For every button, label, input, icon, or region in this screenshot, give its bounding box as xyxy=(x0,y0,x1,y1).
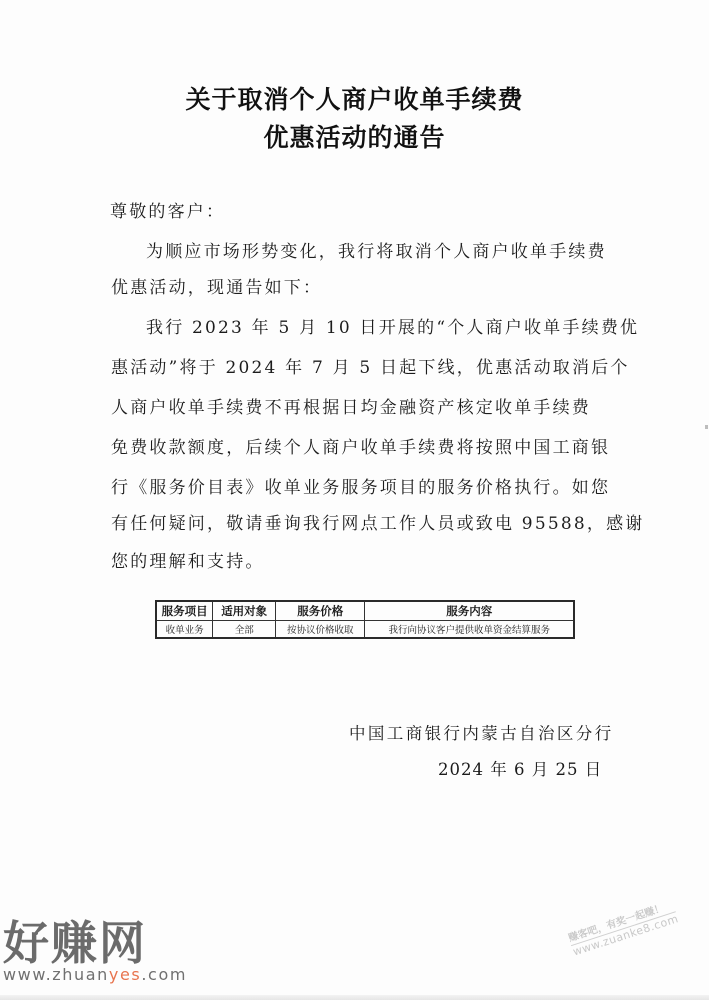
scan-mark xyxy=(705,425,708,429)
watermark-zuanke8: 赚客吧，有奖一起赚！ www.zuanke8.com xyxy=(566,896,680,959)
service-price-table: 服务项目 适用对象 服务价格 服务内容 收单业务 全部 按协议价格收取 我行向协… xyxy=(155,600,575,639)
issue-date: 2024 年 6 月 25 日 xyxy=(438,756,602,780)
watermark-logo: 好赚网 xyxy=(3,918,187,968)
paragraph-2-line-1: 我行 2023 年 5 月 10 日开展的“个人商户收单手续费优 xyxy=(146,313,639,338)
document-title-line-1: 关于取消个人商户收单手续费 xyxy=(0,80,709,116)
document-title-line-2: 优惠活动的通告 xyxy=(0,118,709,154)
watermark-url-suffix: .com xyxy=(141,965,187,984)
table-header-service-content: 服务内容 xyxy=(365,601,574,621)
document-page: 关于取消个人商户收单手续费 优惠活动的通告 尊敬的客户： 为顺应市场形势变化，我… xyxy=(0,0,709,1000)
paragraph-2-line-7: 您的理解和支持。 xyxy=(111,547,265,572)
table-cell: 按协议价格收取 xyxy=(276,621,365,639)
watermark-url: www.zhuanyes.com xyxy=(3,965,187,984)
watermark-url-accent: yes xyxy=(109,965,141,984)
watermark-haozhuan: 好赚网 www.zhuanyes.com xyxy=(3,918,187,984)
paragraph-2-line-2: 惠活动”将于 2024 年 7 月 5 日起下线，优惠活动取消后个 xyxy=(111,353,630,378)
watermark-url-prefix: www.zhuan xyxy=(3,965,109,984)
paragraph-2-line-3: 人商户收单手续费不再根据日均金融资产核定收单手续费 xyxy=(111,393,591,418)
table-header-service-item: 服务项目 xyxy=(156,601,213,621)
paragraph-2-line-5: 行《服务价目表》收单业务服务项目的服务价格执行。如您 xyxy=(111,473,610,498)
paragraph-2-line-6: 有任何疑问，敬请垂询我行网点工作人员或致电 95588，感谢 xyxy=(111,509,644,534)
table-header-row: 服务项目 适用对象 服务价格 服务内容 xyxy=(156,601,574,621)
page-bottom-edge xyxy=(0,995,709,1000)
table-cell: 全部 xyxy=(213,621,276,639)
paragraph-1-line-1: 为顺应市场形势变化，我行将取消个人商户收单手续费 xyxy=(146,237,607,262)
table-header-applicable-target: 适用对象 xyxy=(213,601,276,621)
issuer-signature: 中国工商银行内蒙古自治区分行 xyxy=(349,720,614,744)
table-row: 收单业务 全部 按协议价格收取 我行向协议客户提供收单资金结算服务 xyxy=(156,621,574,639)
table-cell: 我行向协议客户提供收单资金结算服务 xyxy=(365,621,574,639)
salutation: 尊敬的客户： xyxy=(110,197,225,222)
paragraph-2-line-4: 免费收款额度，后续个人商户收单手续费将按照中国工商银 xyxy=(111,433,610,458)
table-header-service-price: 服务价格 xyxy=(276,601,365,621)
table-cell: 收单业务 xyxy=(156,621,213,639)
paragraph-1-line-2: 优惠活动，现通告如下： xyxy=(111,273,322,298)
